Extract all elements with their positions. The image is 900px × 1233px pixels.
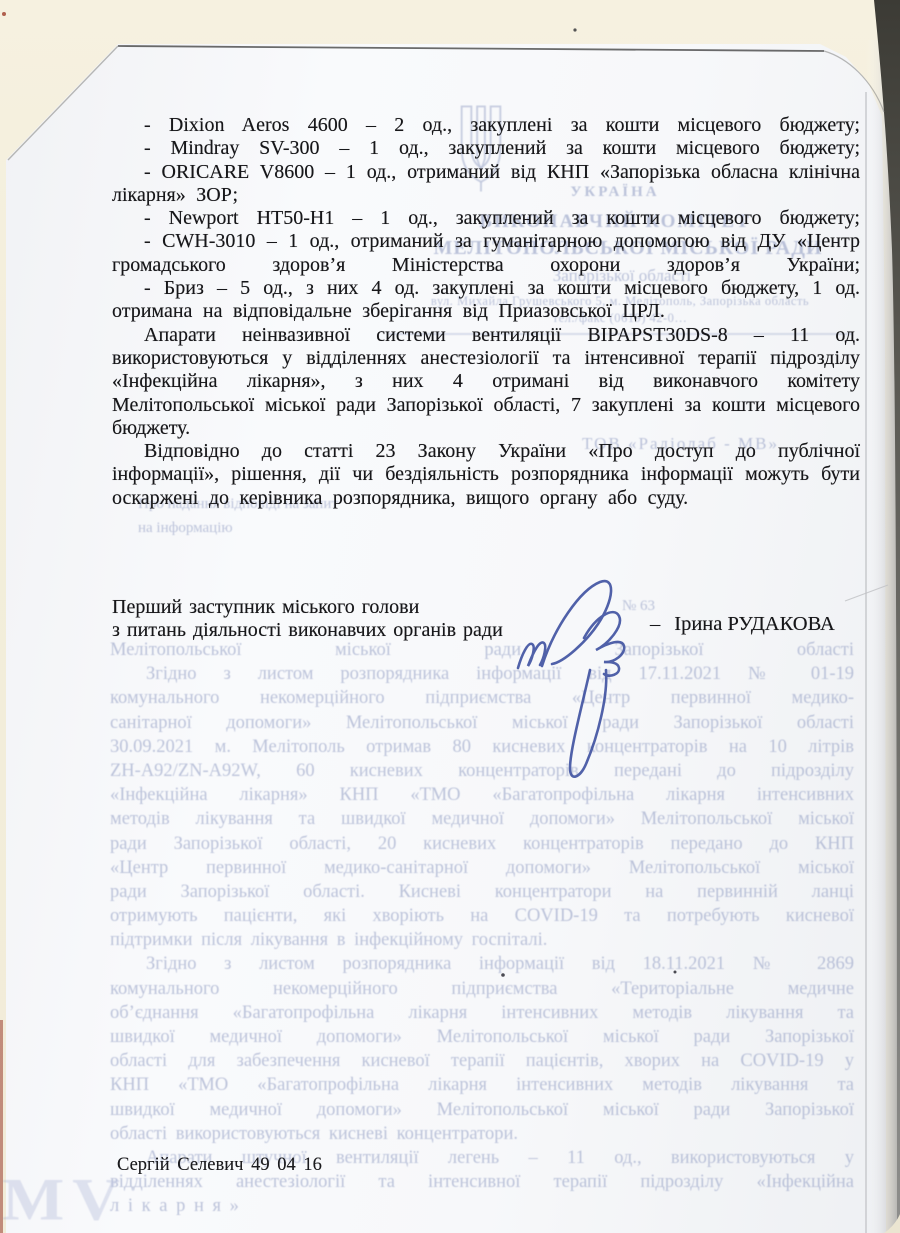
paragraphs: - Dixion Aeros 4600 – 2 од., закуплені з… [112,114,860,510]
dust-speck [674,971,677,974]
document-body: - Dixion Aeros 4600 – 2 од., закуплені з… [112,114,860,510]
document-paragraph: - Dixion Aeros 4600 – 2 од., закуплені з… [112,114,860,137]
document-paragraph: - Newport HT50-H1 – 1 од., закуплений за… [112,207,860,230]
dust-speck [573,28,576,31]
document-paragraph: - Бриз – 5 од., з них 4 од. закуплені за… [112,277,860,324]
document-paragraph: Апарати неінвазивної системи вентиляції … [112,324,860,440]
document-paragraph: - Mindray SV-300 – 1 од., закуплений за … [112,137,860,160]
paper-folded-corner-edge [8,46,118,160]
signer-position-line1: Перший заступник міського голови [112,596,503,619]
document-paragraph: Відповідно до статті 23 Закону України «… [112,440,860,510]
document-paragraph: - ORICARE V8600 – 1 од., отриманий від К… [112,161,860,208]
signer-position-line2: з питань діяльності виконавчих органів р… [112,619,503,642]
paper-top-edge [118,46,824,51]
dust-speck [501,973,505,977]
left-edge-mark [0,1020,3,1233]
handwritten-signature [492,566,692,806]
contact-line: Сергій Селевич 49 04 16 [117,1155,322,1176]
signer-name: Ірина РУДАКОВА [674,613,835,635]
scanned-document: УКРАЇНА ВИКОНАВЧИЙ КОМІТЕТ МЕЛІТОПОЛЬСЬК… [0,0,900,1233]
document-paragraph: - CWH-3010 – 1 од., отриманий за гуманіт… [112,230,860,277]
dust-speck [2,12,6,16]
signer-position: Перший заступник міського голови з питан… [112,596,503,641]
